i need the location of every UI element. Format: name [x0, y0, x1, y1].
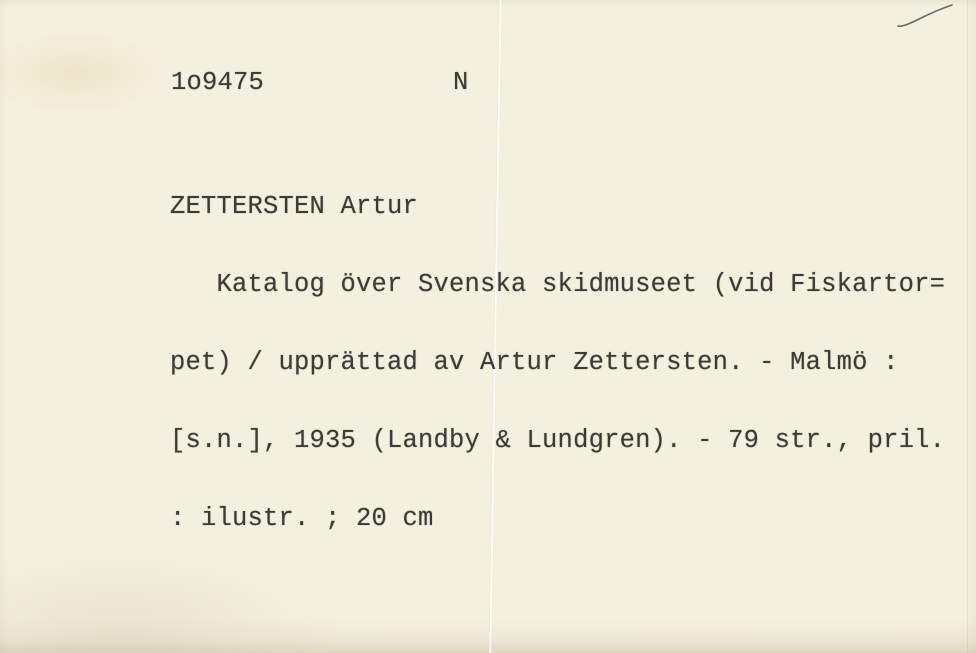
entry-line: Katalog över Svenska skidmuseet (vid Fis…	[170, 272, 945, 298]
catalog-card: 1o9475 N ZETTERSTEN Artur Katalog över S…	[0, 0, 976, 653]
entry-line: pet) / upprättad av Artur Zettersten. - …	[170, 350, 945, 376]
call-number: 1o9475	[171, 70, 264, 96]
catalog-entry: ZETTERSTEN Artur Katalog över Svenska sk…	[170, 142, 945, 584]
section-letter: N	[453, 70, 469, 96]
card-edge-line	[967, 0, 968, 653]
pen-stroke-mark	[895, 2, 957, 32]
entry-line: : ilustr. ; 20 cm	[170, 506, 945, 532]
entry-heading-line: ZETTERSTEN Artur	[170, 194, 945, 220]
entry-line: [s.n.], 1935 (Landby & Lundgren). - 79 s…	[170, 428, 945, 454]
